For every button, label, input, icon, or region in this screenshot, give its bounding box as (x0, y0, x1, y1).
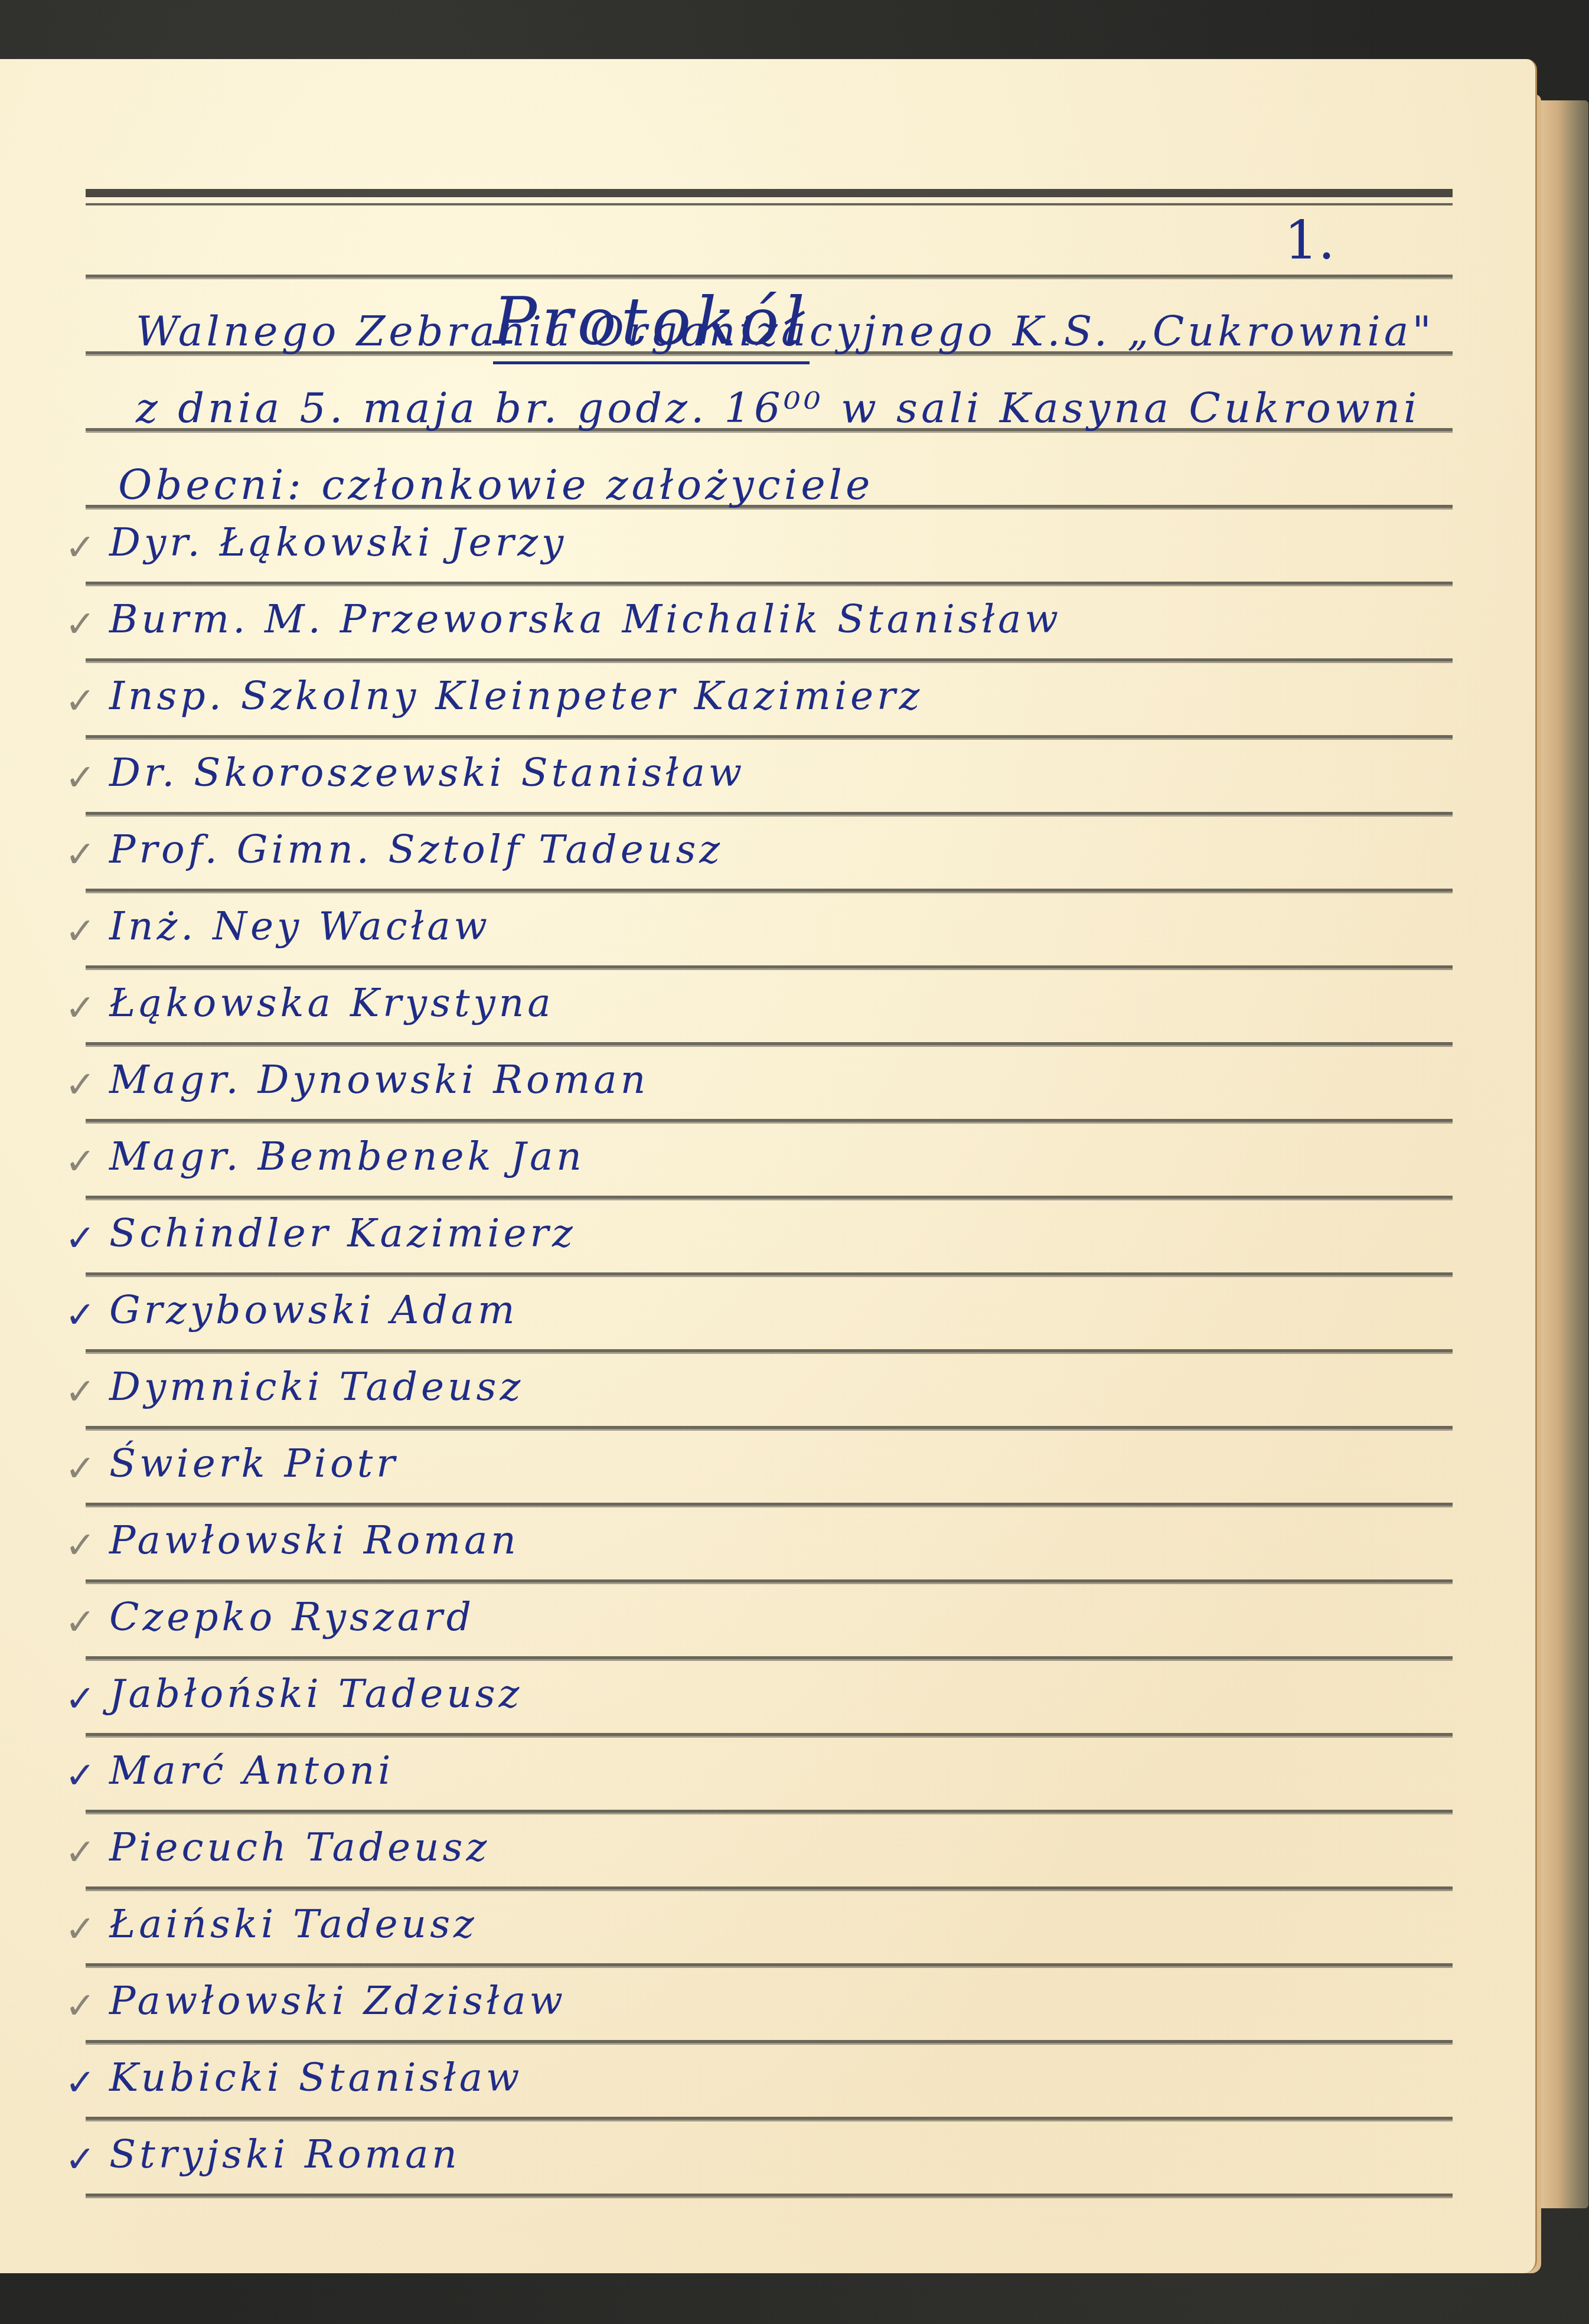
ruled-line (86, 2117, 1453, 2121)
member-name: Pawłowski Roman (109, 1517, 520, 1563)
ruled-line (86, 812, 1453, 817)
checkmark-icon: ✓ (65, 1063, 96, 1106)
member-row: ✓Dyr. Łąkowski Jerzy (0, 514, 1535, 590)
checkmark-icon: ✓ (65, 1523, 96, 1566)
ruled-line (86, 1042, 1453, 1047)
member-name: Łąkowska Krystyna (109, 980, 554, 1026)
member-name: Łaiński Tadeusz (109, 1901, 478, 1947)
member-row: ✓Piecuch Tadeusz (0, 1819, 1535, 1895)
checkmark-icon: ✓ (65, 1600, 96, 1643)
checkmark-icon: ✓ (65, 756, 96, 799)
ruled-line (86, 1579, 1453, 1584)
checkmark-icon: ✓ (65, 909, 96, 952)
ruled-line (86, 275, 1453, 279)
member-row: ✓Jabłoński Tadeusz (0, 1665, 1535, 1742)
ruled-line (86, 1656, 1453, 1661)
member-name: Inż. Ney Wacław (109, 903, 491, 949)
member-row: ✓Inż. Ney Wacław (0, 897, 1535, 974)
checkmark-icon: ✓ (65, 2137, 96, 2181)
member-name: Grzybowski Adam (109, 1287, 518, 1333)
member-row: ✓Grzybowski Adam (0, 1281, 1535, 1358)
checkmark-icon: ✓ (65, 1754, 96, 1797)
checkmark-icon: ✓ (65, 1830, 96, 1873)
checkmark-icon: ✓ (65, 986, 96, 1029)
ruled-line (86, 889, 1453, 893)
ruled-line (86, 965, 1453, 970)
member-name: Dyr. Łąkowski Jerzy (109, 520, 567, 565)
ruled-line (86, 1503, 1453, 1507)
ruled-line (86, 1886, 1453, 1891)
ruled-line (86, 1349, 1453, 1354)
ruled-line (86, 1272, 1453, 1277)
ruled-line (86, 1426, 1453, 1431)
member-name: Magr. Dynowski Roman (109, 1057, 649, 1102)
member-row: ✓Magr. Bembenek Jan (0, 1128, 1535, 1205)
member-name: Dymnicki Tadeusz (109, 1364, 524, 1409)
checkmark-icon: ✓ (65, 833, 96, 876)
checkmark-icon: ✓ (65, 1370, 96, 1413)
ruled-line (86, 658, 1453, 663)
heading-line-present: Obecni: członkowie założyciele (118, 461, 873, 509)
member-name: Dr. Skoroszewski Stanisław (109, 750, 745, 795)
member-row: ✓Marć Antoni (0, 1742, 1535, 1819)
member-name: Schindler Kazimierz (109, 1210, 576, 1256)
member-name: Stryjski Roman (109, 2132, 461, 2177)
member-name: Jabłoński Tadeusz (109, 1671, 523, 1716)
member-row: ✓Prof. Gimn. Sztolf Tadeusz (0, 821, 1535, 897)
checkmark-icon: ✓ (65, 1907, 96, 1950)
ruled-line (86, 1196, 1453, 1200)
heading-line-meeting: Walnego Zebrania Organizacyjnego K.S. „C… (136, 307, 1435, 355)
member-row: ✓Świerk Piotr (0, 1435, 1535, 1512)
ruled-line (86, 2040, 1453, 2045)
checkmark-icon: ✓ (65, 602, 96, 645)
ruled-line (86, 1119, 1453, 1124)
checkmark-icon: ✓ (65, 1447, 96, 1490)
checkmark-icon: ✓ (65, 679, 96, 722)
checkmark-icon: ✓ (65, 1984, 96, 2027)
checkmark-icon: ✓ (65, 1140, 96, 1183)
header-double-rule (86, 189, 1453, 205)
checkmark-icon: ✓ (65, 1216, 96, 1259)
member-row: ✓Stryjski Roman (0, 2126, 1535, 2202)
member-row: ✓Kubicki Stanisław (0, 2049, 1535, 2126)
checkmark-icon: ✓ (65, 525, 96, 569)
member-row: ✓Burm. M. Przeworska Michalik Stanisław (0, 590, 1535, 667)
member-row: ✓Dymnicki Tadeusz (0, 1358, 1535, 1435)
member-row: ✓Pawłowski Roman (0, 1512, 1535, 1588)
page-number: 1. (1284, 210, 1335, 272)
member-row: ✓Łaiński Tadeusz (0, 1895, 1535, 1972)
heading-line-date: z dnia 5. maja br. godz. 16⁰⁰ w sali Kas… (136, 384, 1420, 432)
member-name: Insp. Szkolny Kleinpeter Kazimierz (109, 673, 923, 719)
ruled-line (86, 1963, 1453, 1968)
member-name: Kubicki Stanisław (109, 2055, 523, 2100)
checkmark-icon: ✓ (65, 1293, 96, 1336)
member-name: Burm. M. Przeworska Michalik Stanisław (109, 596, 1062, 642)
member-row: ✓Dr. Skoroszewski Stanisław (0, 744, 1535, 821)
notebook-page: 1. Protokół Walnego Zebrania Organizacyj… (0, 59, 1537, 2273)
member-row: ✓Insp. Szkolny Kleinpeter Kazimierz (0, 667, 1535, 744)
member-row: ✓Schindler Kazimierz (0, 1205, 1535, 1281)
checkmark-icon: ✓ (65, 2061, 96, 2104)
member-row: ✓Łąkowska Krystyna (0, 974, 1535, 1051)
member-name: Czepko Ryszard (109, 1594, 475, 1640)
member-name: Piecuch Tadeusz (109, 1824, 490, 1870)
ruled-line (86, 1733, 1453, 1738)
member-name: Pawłowski Zdzisław (109, 1978, 566, 2023)
ruled-line (86, 2194, 1453, 2198)
member-name: Świerk Piotr (109, 1441, 399, 1486)
member-name: Prof. Gimn. Sztolf Tadeusz (109, 827, 723, 872)
checkmark-icon: ✓ (65, 1677, 96, 1720)
member-name: Magr. Bembenek Jan (109, 1134, 585, 1179)
member-row: ✓Magr. Dynowski Roman (0, 1051, 1535, 1128)
ruled-line (86, 735, 1453, 740)
ruled-line (86, 1810, 1453, 1814)
ruled-line (86, 582, 1453, 586)
member-row: ✓Pawłowski Zdzisław (0, 1972, 1535, 2049)
member-name: Marć Antoni (109, 1748, 394, 1793)
member-row: ✓Czepko Ryszard (0, 1588, 1535, 1665)
